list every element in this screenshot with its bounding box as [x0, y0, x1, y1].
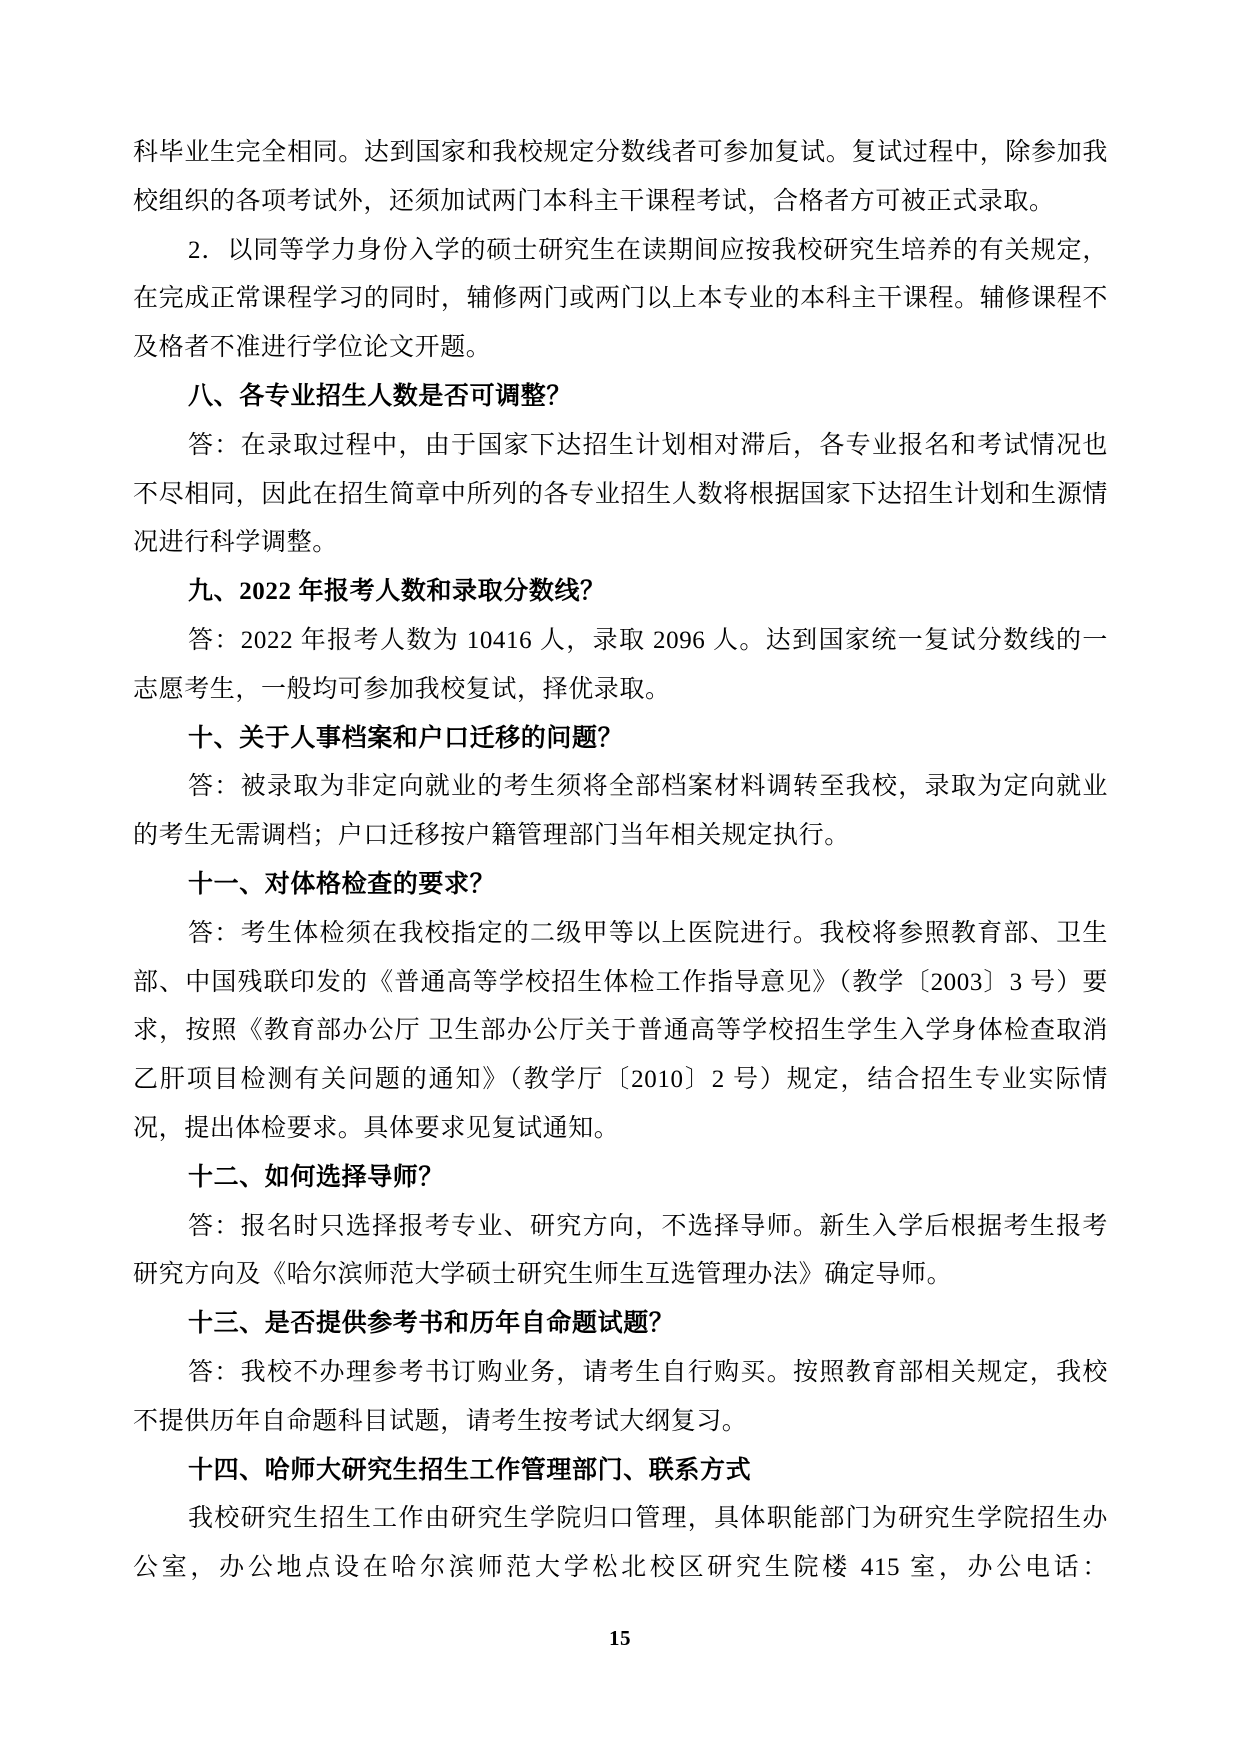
body-paragraph: 科毕业生完全相同。达到国家和我校规定分数线者可参加复试。复试过程中，除参加我校组… [133, 129, 1108, 227]
answer-paragraph: 答：被录取为非定向就业的考生须将全部档案材料调转至我校，录取为定向就业的考生无需… [133, 763, 1108, 861]
answer-paragraph: 答：我校不办理参考书订购业务，请考生自行购买。按照教育部相关规定，我校不提供历年… [133, 1349, 1108, 1447]
section-heading-11: 十一、对体格检查的要求？ [133, 861, 1108, 910]
answer-paragraph: 答：2022 年报考人数为 10416 人，录取 2096 人。达到国家统一复试… [133, 617, 1108, 715]
section-heading-8: 八、各专业招生人数是否可调整？ [133, 373, 1108, 422]
section-heading-14: 十四、哈师大研究生招生工作管理部门、联系方式 [133, 1447, 1108, 1496]
answer-paragraph: 答：在录取过程中，由于国家下达招生计划相对滞后，各专业报名和考试情况也不尽相同，… [133, 422, 1108, 568]
answer-paragraph: 答：考生体检须在我校指定的二级甲等以上医院进行。我校将参照教育部、卫生部、中国残… [133, 910, 1108, 1154]
body-paragraph: 我校研究生招生工作由研究生学院归口管理，具体职能部门为研究生学院招生办公室，办公… [133, 1495, 1108, 1593]
section-heading-13: 十三、是否提供参考书和历年自命题试题？ [133, 1300, 1108, 1349]
section-heading-10: 十、关于人事档案和户口迁移的问题？ [133, 715, 1108, 764]
page-body-text: 科毕业生完全相同。达到国家和我校规定分数线者可参加复试。复试过程中，除参加我校组… [133, 129, 1108, 1593]
page-number: 15 [0, 1626, 1240, 1651]
section-heading-12: 十二、如何选择导师？ [133, 1154, 1108, 1203]
answer-paragraph: 答：报名时只选择报考专业、研究方向，不选择导师。新生入学后根据考生报考研究方向及… [133, 1203, 1108, 1301]
body-paragraph: 2．以同等学力身份入学的硕士研究生在读期间应按我校研究生培养的有关规定，在完成正… [133, 227, 1108, 373]
section-heading-9: 九、2022 年报考人数和录取分数线？ [133, 568, 1108, 617]
document-page: 科毕业生完全相同。达到国家和我校规定分数线者可参加复试。复试过程中，除参加我校组… [0, 0, 1240, 1754]
